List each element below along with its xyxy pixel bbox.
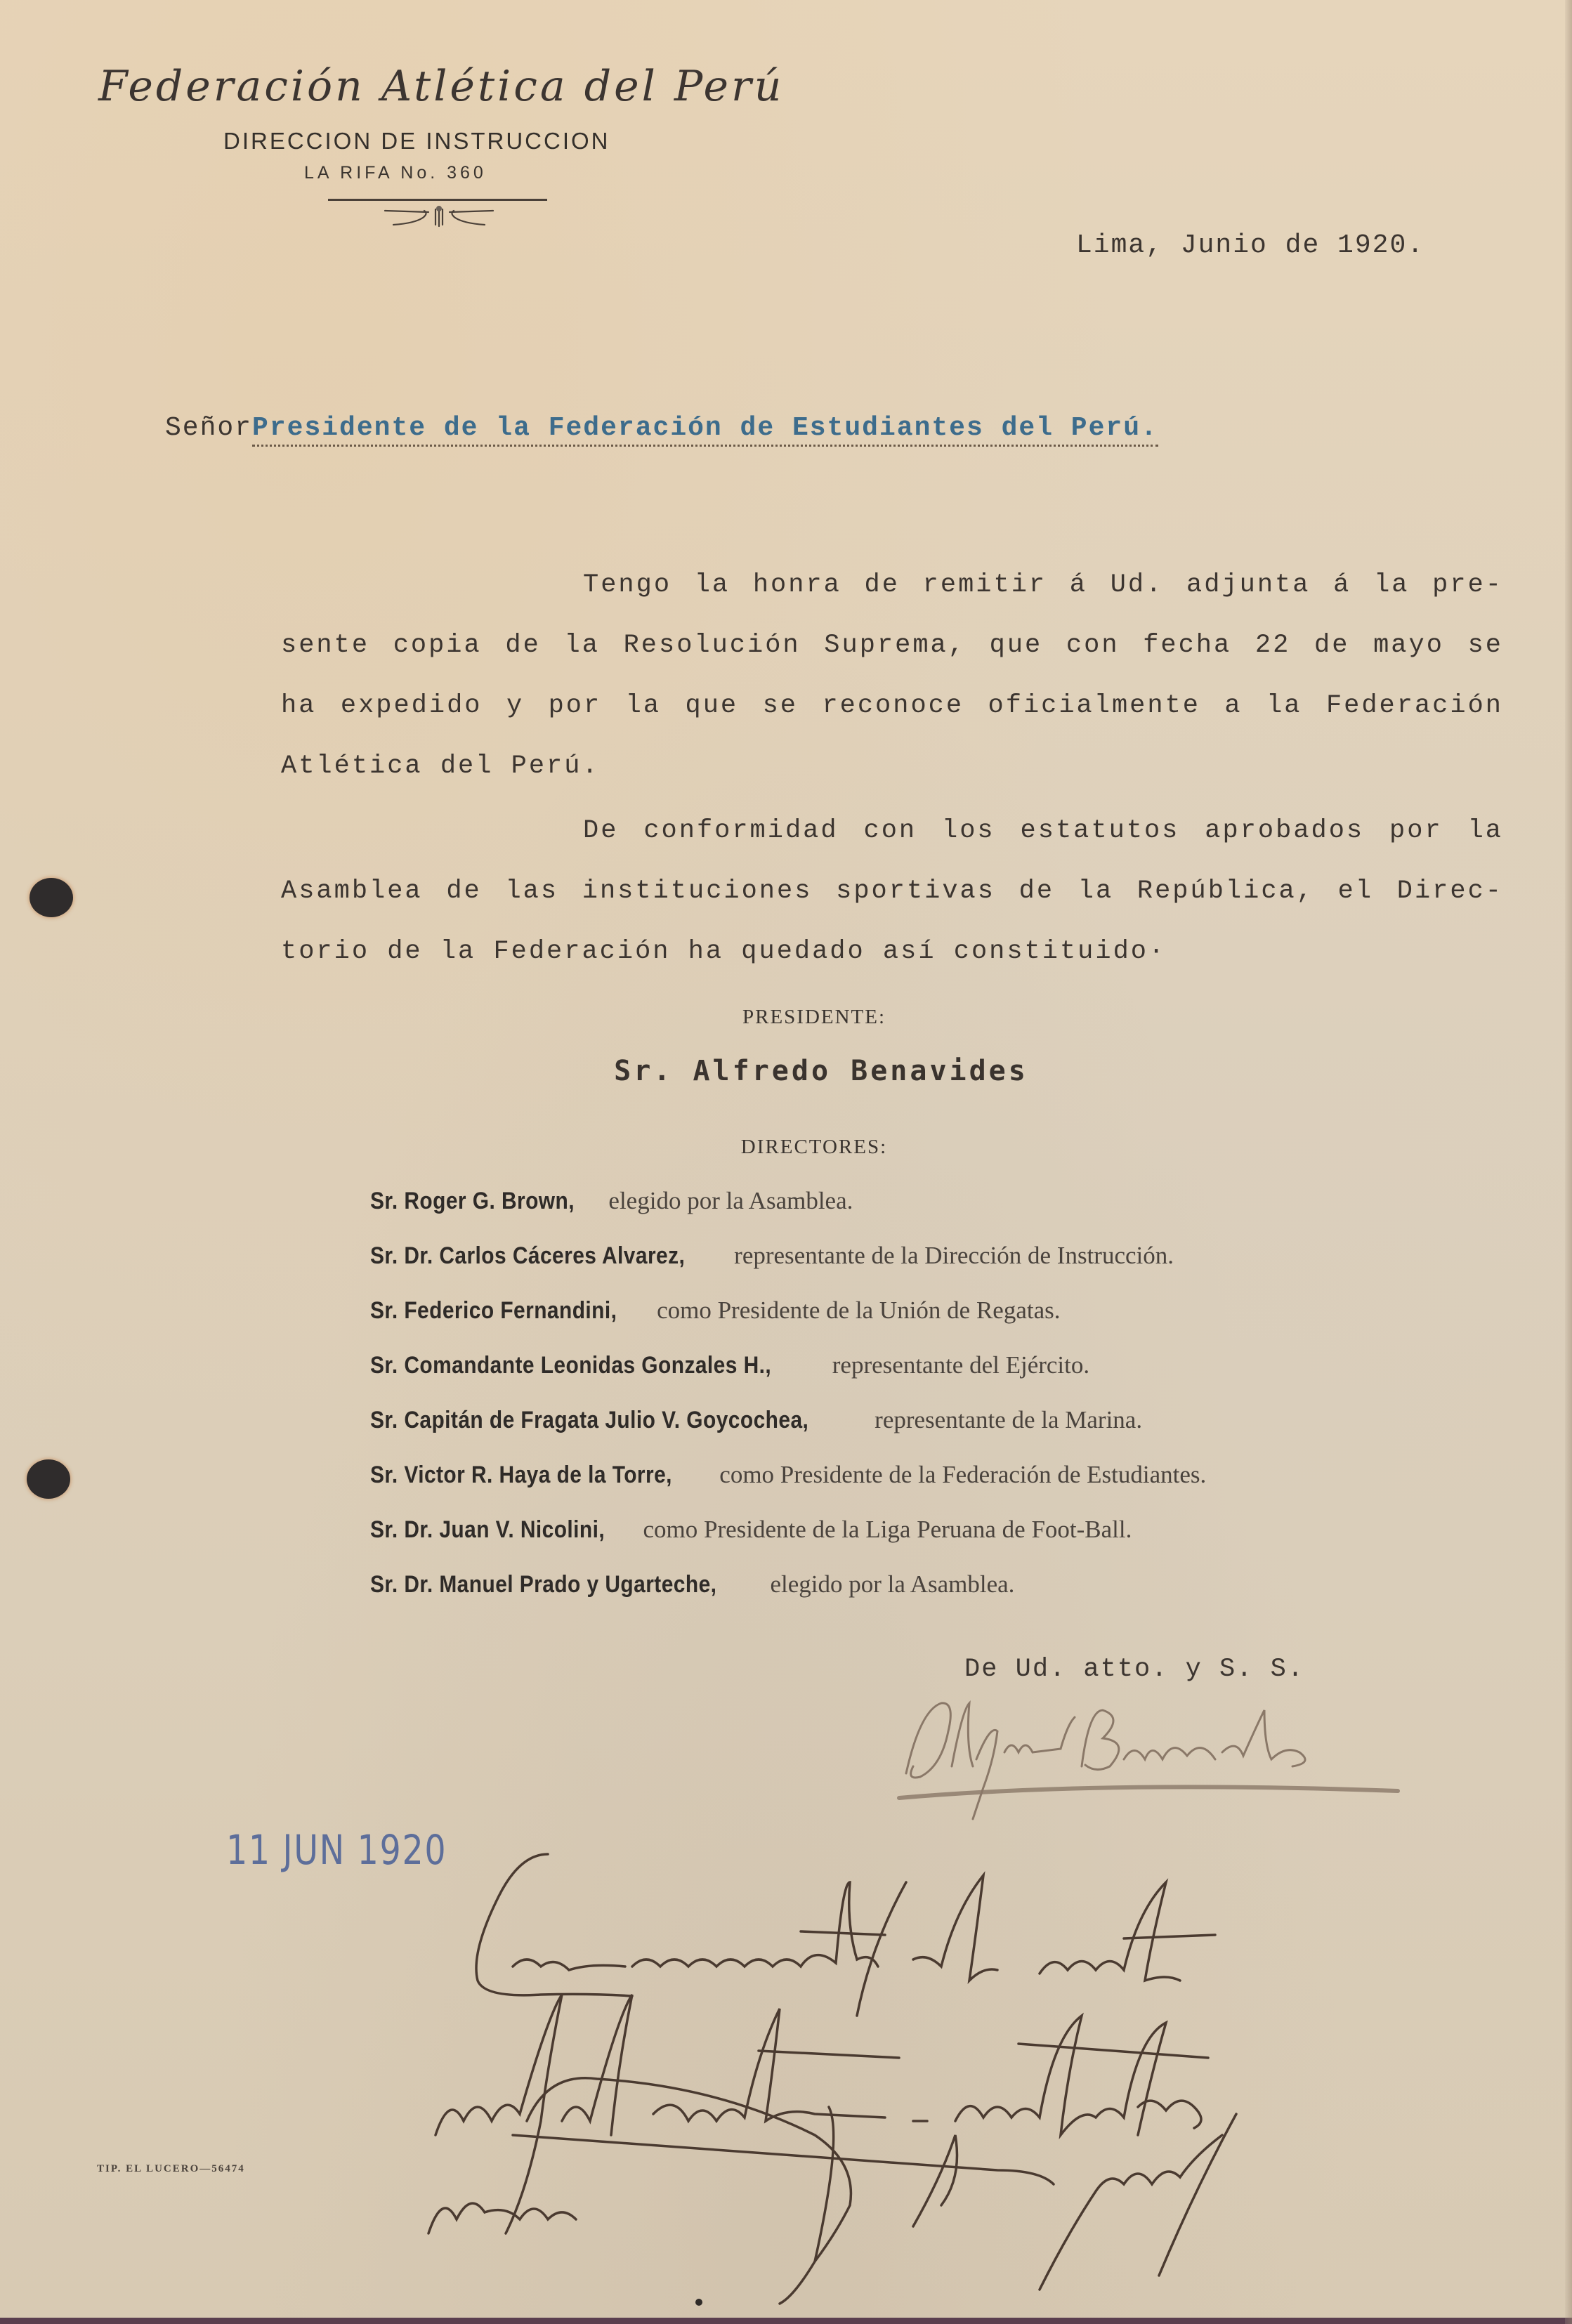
- director-role: como Presidente de la Liga Peruana de Fo…: [637, 1516, 1132, 1543]
- paper-right-edge: [1565, 0, 1572, 2324]
- letterhead-organization: Federación Atlética del Perú: [98, 62, 784, 111]
- director-role: como Presidente de la Federación de Estu…: [714, 1461, 1207, 1488]
- director-name: Sr. Roger G. Brown,: [370, 1188, 575, 1215]
- paper-bottom-edge: [0, 2318, 1572, 2324]
- director-name: Sr. Dr. Juan V. Nicolini,: [370, 1516, 605, 1544]
- paragraph-line: ha expedido y por la que se reconoce ofi…: [281, 676, 1503, 736]
- paragraph-line: sente copia de la Resolución Suprema, qu…: [281, 615, 1503, 676]
- director-item: Sr. Dr. Manuel Prado y Ugarteche, elegid…: [370, 1570, 1206, 1625]
- paragraph-line: De conformidad con los estatutos aprobad…: [281, 801, 1503, 861]
- director-item: Sr. Federico Fernandini, como Presidente…: [370, 1296, 1206, 1351]
- director-role: elegido por la Asamblea.: [603, 1187, 853, 1214]
- paragraph-line: Tengo la honra de remitir á Ud. adjunta …: [281, 555, 1503, 615]
- letterhead-department: DIRECCION DE INSTRUCCION: [223, 128, 610, 155]
- salutation: SeñorPresidente de la Federación de Estu…: [165, 413, 1158, 443]
- director-role: elegido por la Asamblea.: [764, 1570, 1015, 1598]
- director-role: como Presidente de la Unión de Regatas.: [650, 1296, 1060, 1324]
- closing-line: De Ud. atto. y S. S.: [964, 1655, 1304, 1684]
- letterhead-address: LA RIFA No. 360: [304, 163, 487, 183]
- director-name: Sr. Federico Fernandini,: [370, 1297, 617, 1325]
- handwritten-annotation: Con conocimiento del comité federal diri…: [421, 1840, 1572, 2324]
- director-role: representante de la Marina.: [868, 1406, 1142, 1433]
- director-item: Sr. Comandante Leonidas Gonzales H., rep…: [370, 1351, 1206, 1406]
- paragraph-line: torio de la Federación ha quedado así co…: [281, 921, 1503, 982]
- director-name: Sr. Dr. Manuel Prado y Ugarteche,: [370, 1571, 716, 1598]
- addressee: Presidente de la Federación de Estudiant…: [252, 413, 1158, 447]
- president-name: Sr. Alfredo Benavides: [0, 1055, 1572, 1087]
- directors-list: Sr. Roger G. Brown, elegido por la Asamb…: [370, 1187, 1206, 1625]
- paragraph-2: De conformidad con los estatutos aprobad…: [281, 801, 1503, 982]
- president-label: PRESIDENTE:: [0, 1006, 1572, 1029]
- director-item: Sr. Roger G. Brown, elegido por la Asamb…: [370, 1187, 1206, 1242]
- signature: Alfredo Benavides: [892, 1682, 1440, 1823]
- director-item: Sr. Capitán de Fragata Julio V. Goycoche…: [370, 1406, 1206, 1461]
- letterhead-rule: [328, 199, 547, 201]
- salutation-prefix: Señor: [165, 413, 252, 443]
- director-role: representante de la Dirección de Instruc…: [728, 1242, 1174, 1269]
- director-item: Sr. Dr. Juan V. Nicolini, como President…: [370, 1516, 1206, 1570]
- director-name: Sr. Victor R. Haya de la Torre,: [370, 1462, 672, 1489]
- punch-hole: [30, 878, 73, 917]
- ornament-icon: [379, 205, 499, 230]
- punch-hole: [27, 1459, 70, 1499]
- date-line: Lima, Junio de 1920.: [1076, 230, 1424, 261]
- printer-mark: TIP. EL LUCERO—56474: [97, 2163, 245, 2175]
- paragraph-line: Atlética del Perú.: [281, 736, 1503, 796]
- director-item: Sr. Dr. Carlos Cáceres Alvarez, represen…: [370, 1242, 1206, 1296]
- directors-label: DIRECTORES:: [0, 1136, 1572, 1159]
- director-role: representante del Ejército.: [826, 1351, 1089, 1379]
- director-name: Sr. Dr. Carlos Cáceres Alvarez,: [370, 1242, 685, 1270]
- director-name: Sr. Comandante Leonidas Gonzales H.,: [370, 1352, 771, 1379]
- director-item: Sr. Victor R. Haya de la Torre, como Pre…: [370, 1461, 1206, 1516]
- paragraph-1: Tengo la honra de remitir á Ud. adjunta …: [281, 555, 1503, 796]
- paragraph-line: Asamblea de las instituciones sportivas …: [281, 861, 1503, 921]
- director-name: Sr. Capitán de Fragata Julio V. Goycoche…: [370, 1407, 808, 1434]
- received-date-stamp: 11 JUN 1920: [226, 1826, 447, 1874]
